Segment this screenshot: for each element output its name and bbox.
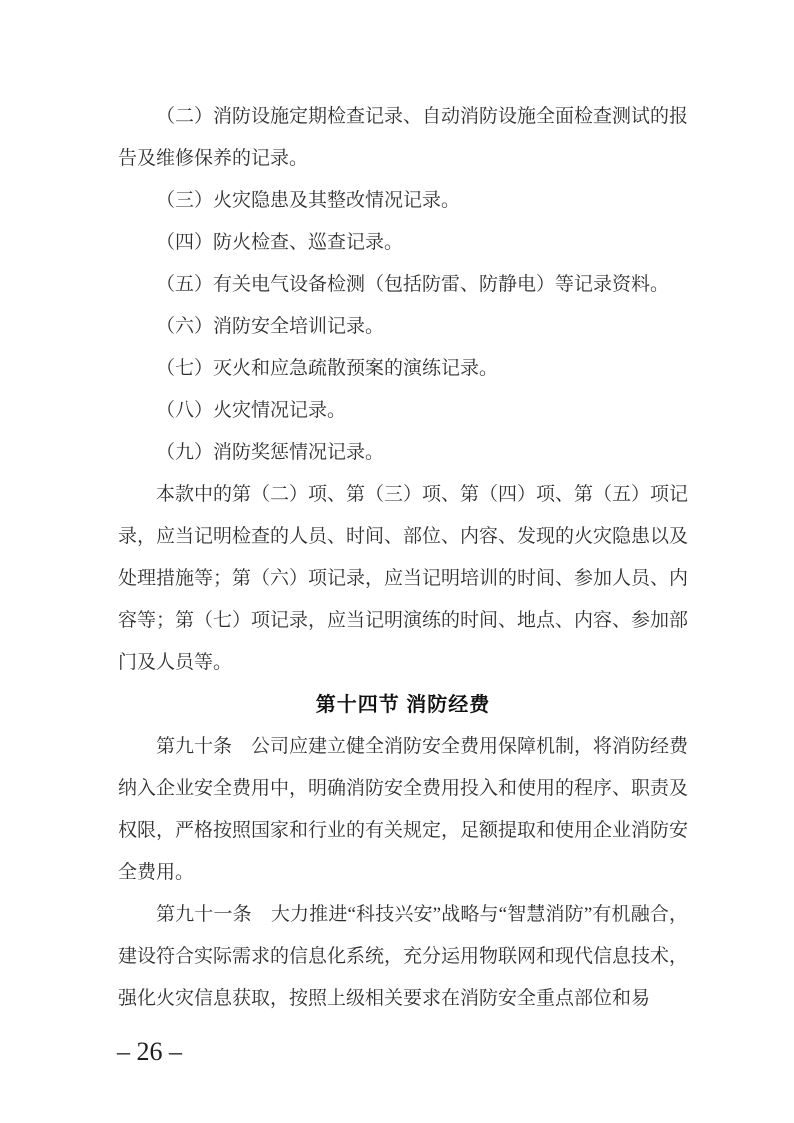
clause-item: （三）火灾隐患及其整改情况记录。 (118, 180, 688, 222)
clause-item: （四）防火检查、巡查记录。 (118, 222, 688, 264)
section-heading: 第十四节 消防经费 (118, 684, 688, 726)
clause-item: （九）消防奖惩情况记录。 (118, 432, 688, 474)
clause-item: （二）消防设施定期检查记录、自动消防设施全面检查测试的报告及维修保养的记录。 (118, 96, 688, 180)
article-91-paragraph: 第九十一条 大力推进“科技兴安”战略与“智慧消防”有机融合，建设符合实际需求的信… (118, 894, 688, 1020)
page-number: – 26 – (117, 1038, 182, 1066)
clause-item: （八）火灾情况记录。 (118, 390, 688, 432)
document-body: （二）消防设施定期检查记录、自动消防设施全面检查测试的报告及维修保养的记录。 （… (118, 96, 688, 1020)
document-page: （二）消防设施定期检查记录、自动消防设施全面检查测试的报告及维修保养的记录。 （… (0, 0, 794, 1123)
clause-item: （七）灭火和应急疏散预案的演练记录。 (118, 348, 688, 390)
clause-item: （五）有关电气设备检测（包括防雷、防静电）等记录资料。 (118, 264, 688, 306)
clause-item: （六）消防安全培训记录。 (118, 306, 688, 348)
article-90-paragraph: 第九十条 公司应建立健全消防安全费用保障机制，将消防经费纳入企业安全费用中，明确… (118, 726, 688, 894)
summary-paragraph: 本款中的第（二）项、第（三）项、第（四）项、第（五）项记录，应当记明检查的人员、… (118, 474, 688, 684)
